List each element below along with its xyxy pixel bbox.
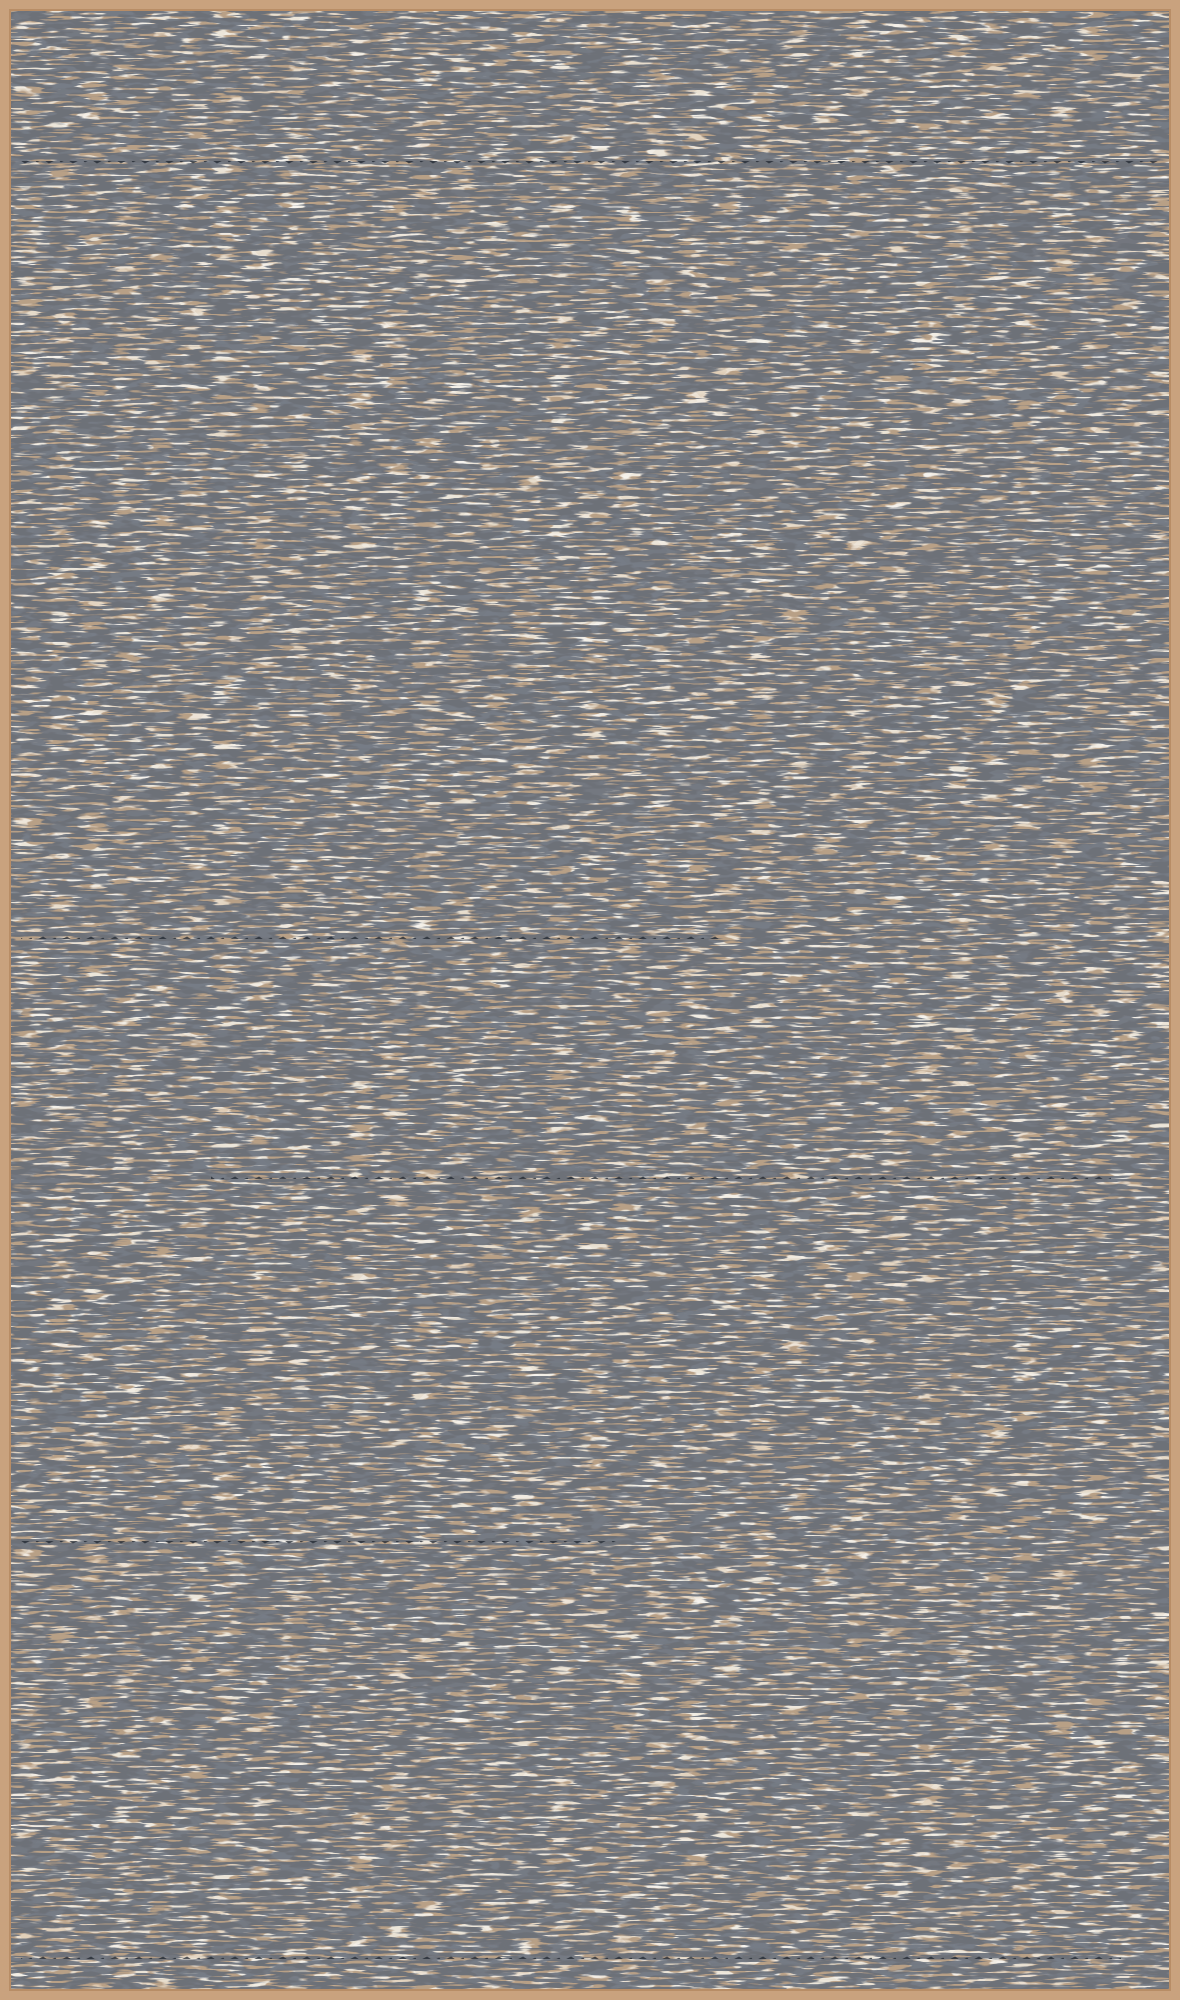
rug-texture [11,11,1169,1989]
rug [9,9,1171,1991]
rug-photo [0,0,1180,2000]
